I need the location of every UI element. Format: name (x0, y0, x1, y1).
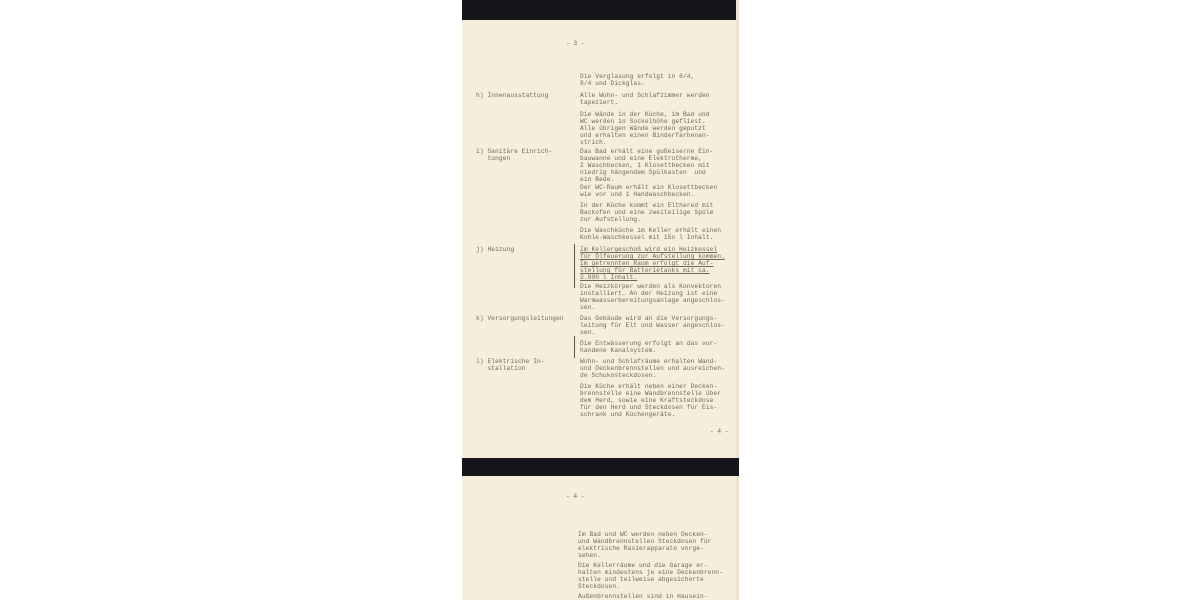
scan-border-top (462, 0, 739, 20)
page-number-4: - 4 - (566, 493, 585, 500)
intro-paragraph: Die Verglasung erfolgt in 6/4, 8/4 und D… (580, 73, 694, 87)
margin-mark (574, 244, 575, 288)
section-label-k: k) Versorgungsleitungen (476, 315, 564, 322)
paragraph-p4-2: Die Kellerräume und die Garage er- halte… (578, 562, 723, 590)
paragraph-j-1: Im Kellergeschoß wird ein Heizkessel für… (580, 246, 725, 281)
paragraph-k-2: Die Entwässerung erfolgt an das vor- han… (580, 340, 717, 354)
paragraph-p4-1: Im Bad und WC werden neben Decken- und W… (578, 531, 711, 559)
scanned-document: - 3 - Die Verglasung erfolgt in 6/4, 8/4… (462, 0, 739, 600)
section-label-j: j) Heizung (476, 246, 514, 253)
page-edge (736, 0, 739, 600)
next-page-marker: - 4 - (710, 428, 729, 435)
section-label-h: h) Innenausstattung (476, 92, 548, 99)
paragraph-h-1: Alle Wohn- und Schlafzimmer werden tapez… (580, 92, 710, 106)
scan-border-middle (462, 458, 739, 476)
margin-mark (574, 336, 575, 358)
paragraph-p4-3: Außenbrennstellen sind in Hausein- (578, 593, 708, 600)
paragraph-l-2: Die Küche erhält neben einer Decken- bre… (580, 383, 721, 418)
paragraph-i-4: Die Waschküche im Keller erhält einen Ko… (580, 227, 721, 241)
paragraph-h-2: Die Wände in der Küche, im Bad und WC we… (580, 111, 710, 146)
paragraph-i-3: In der Küche kommt ein Elthered mit Back… (580, 202, 713, 223)
paragraph-i-1: Das Bad erhält eine gußeiserne Ein- bauw… (580, 148, 713, 183)
paragraph-k-1: Das Gebäude wird an die Versorgungs- lei… (580, 315, 725, 336)
page-number-3: - 3 - (566, 40, 585, 47)
paragraph-i-2: Der WC-Raum erhält ein Klosettbecken wie… (580, 184, 717, 198)
paragraph-j-2: Die Heizkörper werden als Konvektoren in… (580, 283, 725, 311)
section-label-l: l) Elektrische In- stallation (476, 358, 545, 372)
paragraph-l-1: Wohn- und Schlafräume erhalten Wand- und… (580, 358, 725, 379)
section-label-i: i) Sanitäre Einrich- tungen (476, 148, 552, 162)
